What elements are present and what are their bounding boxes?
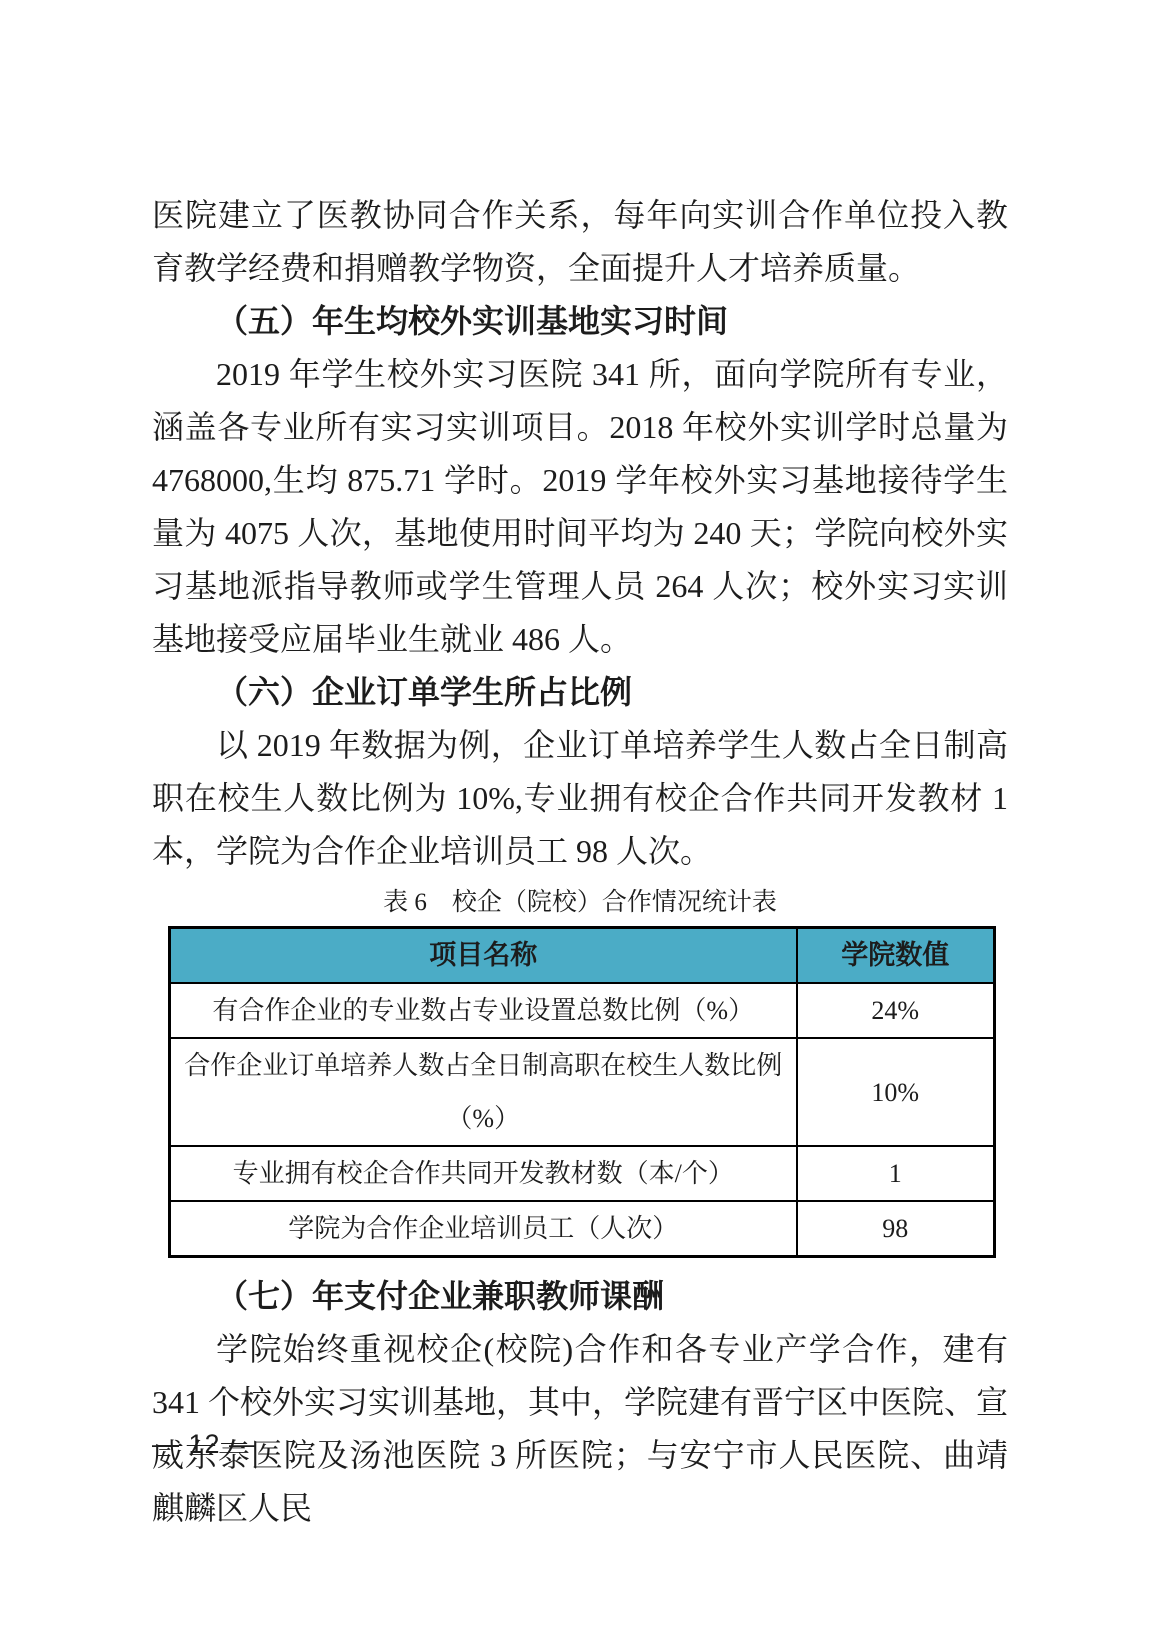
document-page: 医院建立了医教协同合作关系，每年向实训合作单位投入教育教学经费和捐赠教学物资，全… (0, 0, 1150, 1626)
table-cell-label: 专业拥有校企合作共同开发教材数（本/个） (170, 1146, 797, 1201)
table-cell-label: 合作企业订单培养人数占全日制高职在校生人数比例（%） (170, 1038, 797, 1146)
table-caption: 表 6 校企（院校）合作情况统计表 (152, 882, 1008, 924)
paragraph-section-7: 学院始终重视校企(校院)合作和各专业产学合作，建有 341 个校外实习实训基地，… (152, 1323, 1008, 1535)
heading-section-7: （七）年支付企业兼职教师课酬 (152, 1270, 1008, 1323)
table-header-item-name: 项目名称 (170, 928, 797, 984)
heading-section-5: （五）年生均校外实训基地实习时间 (152, 295, 1008, 348)
table-cell-value: 10% (797, 1038, 995, 1146)
table-cell-label: 有合作企业的专业数占专业设置总数比例（%） (170, 983, 797, 1038)
table-header-row: 项目名称 学院数值 (170, 928, 995, 984)
page-number: — 12 — (152, 1429, 257, 1460)
heading-section-6: （六）企业订单学生所占比例 (152, 666, 1008, 719)
table-cell-label: 学院为合作企业培训员工（人次） (170, 1201, 797, 1257)
table-row: 合作企业订单培养人数占全日制高职在校生人数比例（%） 10% (170, 1038, 995, 1146)
page-content: 医院建立了医教协同合作关系，每年向实训合作单位投入教育教学经费和捐赠教学物资，全… (152, 189, 1008, 1535)
paragraph-section-5: 2019 年学生校外实习医院 341 所，面向学院所有专业，涵盖各专业所有实习实… (152, 348, 1008, 666)
cooperation-stats-table: 项目名称 学院数值 有合作企业的专业数占专业设置总数比例（%） 24% 合作企业… (168, 926, 996, 1258)
table-row: 有合作企业的专业数占专业设置总数比例（%） 24% (170, 983, 995, 1038)
table-cell-value: 98 (797, 1201, 995, 1257)
paragraph-continued: 医院建立了医教协同合作关系，每年向实训合作单位投入教育教学经费和捐赠教学物资，全… (152, 189, 1008, 295)
paragraph-section-6: 以 2019 年数据为例，企业订单培养学生人数占全日制高职在校生人数比例为 10… (152, 719, 1008, 878)
table-header-college-value: 学院数值 (797, 928, 995, 984)
table-row: 专业拥有校企合作共同开发教材数（本/个） 1 (170, 1146, 995, 1201)
table-cell-value: 24% (797, 983, 995, 1038)
table-cell-value: 1 (797, 1146, 995, 1201)
table-row: 学院为合作企业培训员工（人次） 98 (170, 1201, 995, 1257)
